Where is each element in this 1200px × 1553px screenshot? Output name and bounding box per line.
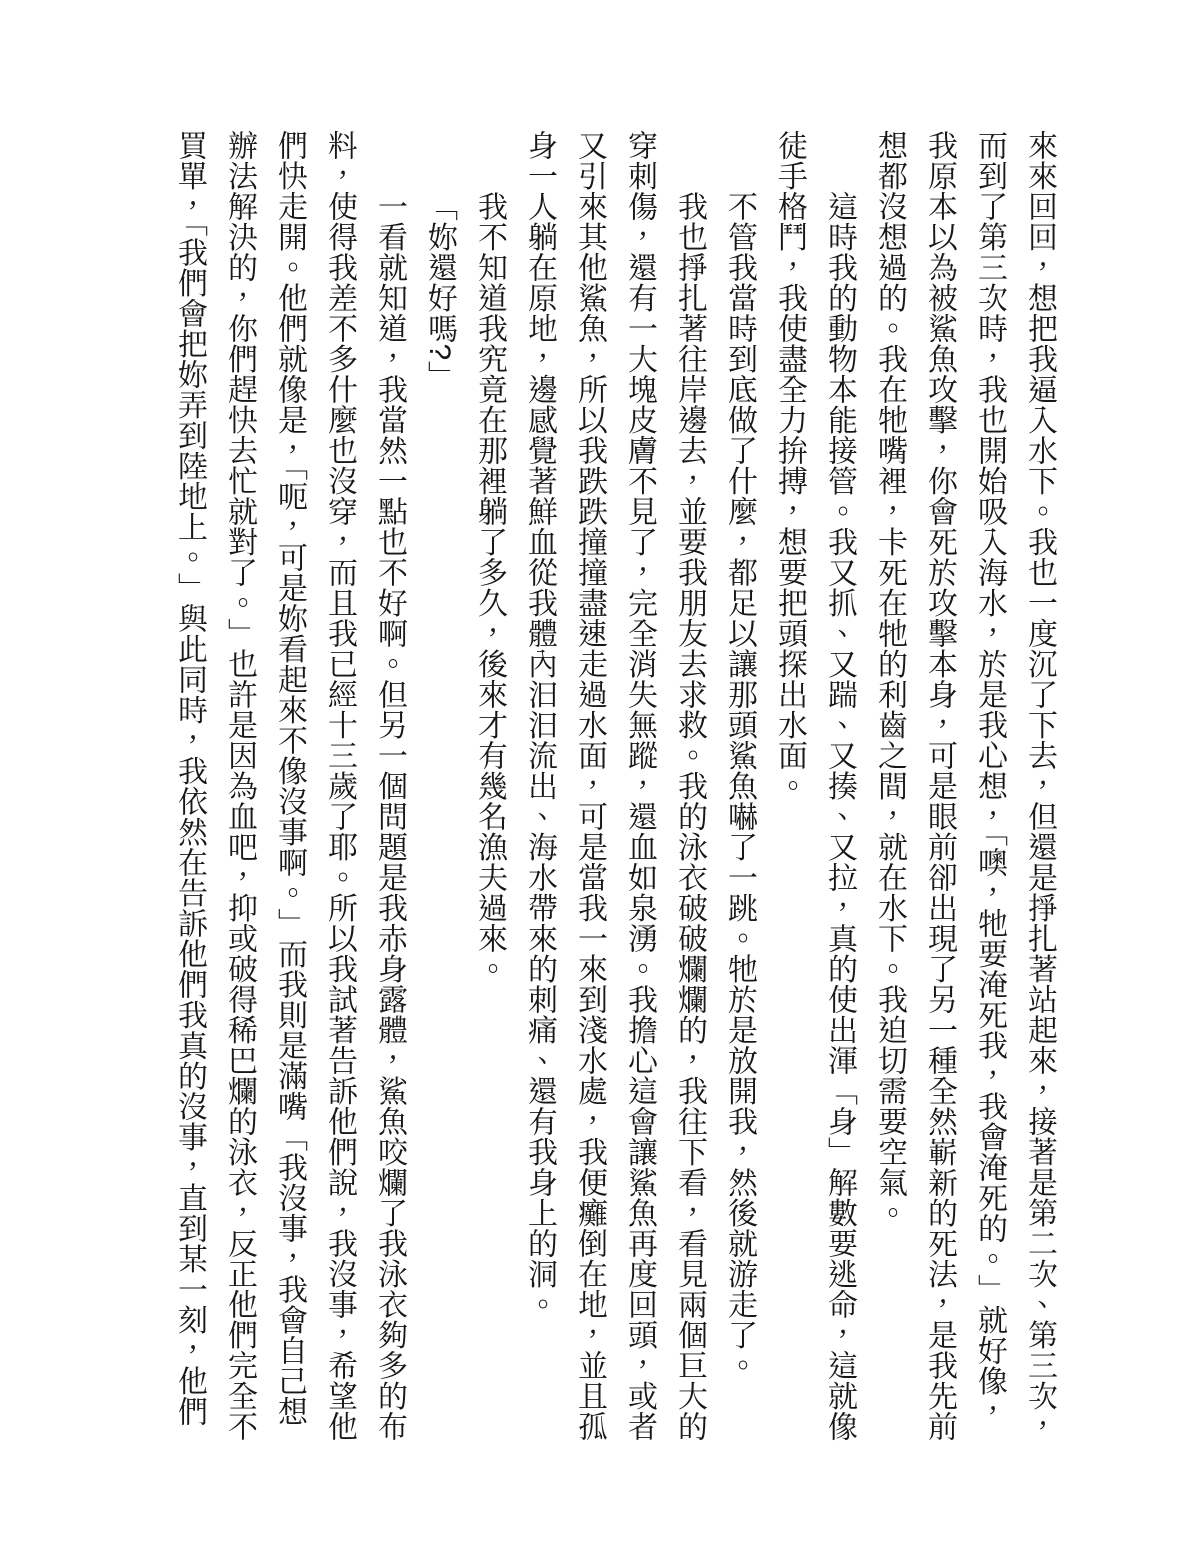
book-page: 來來回回，想把我逼入水下。我也一度沉了下去，但還是掙扎著站起來，接著是第二次、第… [0, 0, 1200, 1553]
paragraph: 我也掙扎著往岸邊去，並要我朋友去求救。我的泳衣破破爛爛的，我往下看，看見兩個巨大… [514, 130, 714, 1444]
paragraph: 不管我當時到底做了什麼，都足以讓那頭鯊魚嚇了一跳。牠於是放開我，然後就游走了。 [714, 130, 764, 1444]
vertical-text-block: 來來回回，想把我逼入水下。我也一度沉了下去，但還是掙扎著站起來，接著是第二次、第… [164, 130, 1064, 1444]
paragraph: 我不知道我究竟在那裡躺了多久，後來才有幾名漁夫過來。 [464, 130, 514, 1444]
paragraph: 一看就知道，我當然一點也不好啊。但另一個問題是我赤身露體，鯊魚咬爛了我泳衣夠多的… [164, 130, 414, 1444]
paragraph-dialogue: 「妳還好嗎?」 [414, 130, 464, 1444]
paragraph: 來來回回，想把我逼入水下。我也一度沉了下去，但還是掙扎著站起來，接著是第二次、第… [864, 130, 1064, 1444]
paragraph: 這時我的動物本能接管。我又抓、又踹、又揍、又拉，真的使出渾「身」解數要逃命，這就… [764, 130, 864, 1444]
